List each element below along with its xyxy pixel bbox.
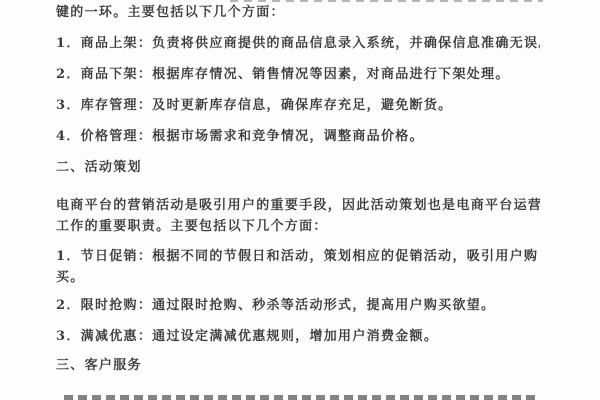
list-item-flash-sale: 2．限时抢购：通过限时抢购、秒杀等活动形式，提高用户购买欲望。 xyxy=(56,297,540,318)
list-item-product-delisting: 2．商品下架：根据库存情况、销售情况等因素，对商品进行下架处理。 xyxy=(56,66,540,87)
list-item-price-management: 4．价格管理：根据市场需求和竞争情况，调整商品价格。 xyxy=(56,128,540,149)
list-item-discount-rules: 3．满减优惠：通过设定满减优惠规则，增加用户消费金额。 xyxy=(56,328,540,349)
section-heading-activity-planning: 二、活动策划 xyxy=(56,159,540,180)
document-body: 键的一环。主要包括以下几个方面： 1．商品上架：负责将供应商提供的商品信息录入系… xyxy=(0,0,600,395)
list-item-holiday-promotion-wrap: 买。 xyxy=(56,269,540,290)
paragraph-line: 电商平台的营销活动是吸引用户的重要手段，因此活动策划也是电商平台运营 xyxy=(56,197,540,218)
list-item-inventory-management: 3．库存管理：及时更新库存信息，确保库存充足，避免断货。 xyxy=(56,97,540,118)
list-item-holiday-promotion: 1．节日促销：根据不同的节假日和活动，策划相应的促销活动，吸引用户购 xyxy=(56,248,540,269)
document-page: 键的一环。主要包括以下几个方面： 1．商品上架：负责将供应商提供的商品信息录入系… xyxy=(0,0,600,400)
section-heading-customer-service: 三、客户服务 xyxy=(56,357,540,378)
list-item-product-listing: 1．商品上架：负责将供应商提供的商品信息录入系统，并确保信息准确无误。 xyxy=(56,35,540,56)
paragraph-continuation: 键的一环。主要包括以下几个方面： xyxy=(56,4,540,25)
clipped-text-line-bottom xyxy=(64,395,538,400)
paragraph-line: 工作的重要职责。主要包括以下几个方面： xyxy=(56,218,540,239)
